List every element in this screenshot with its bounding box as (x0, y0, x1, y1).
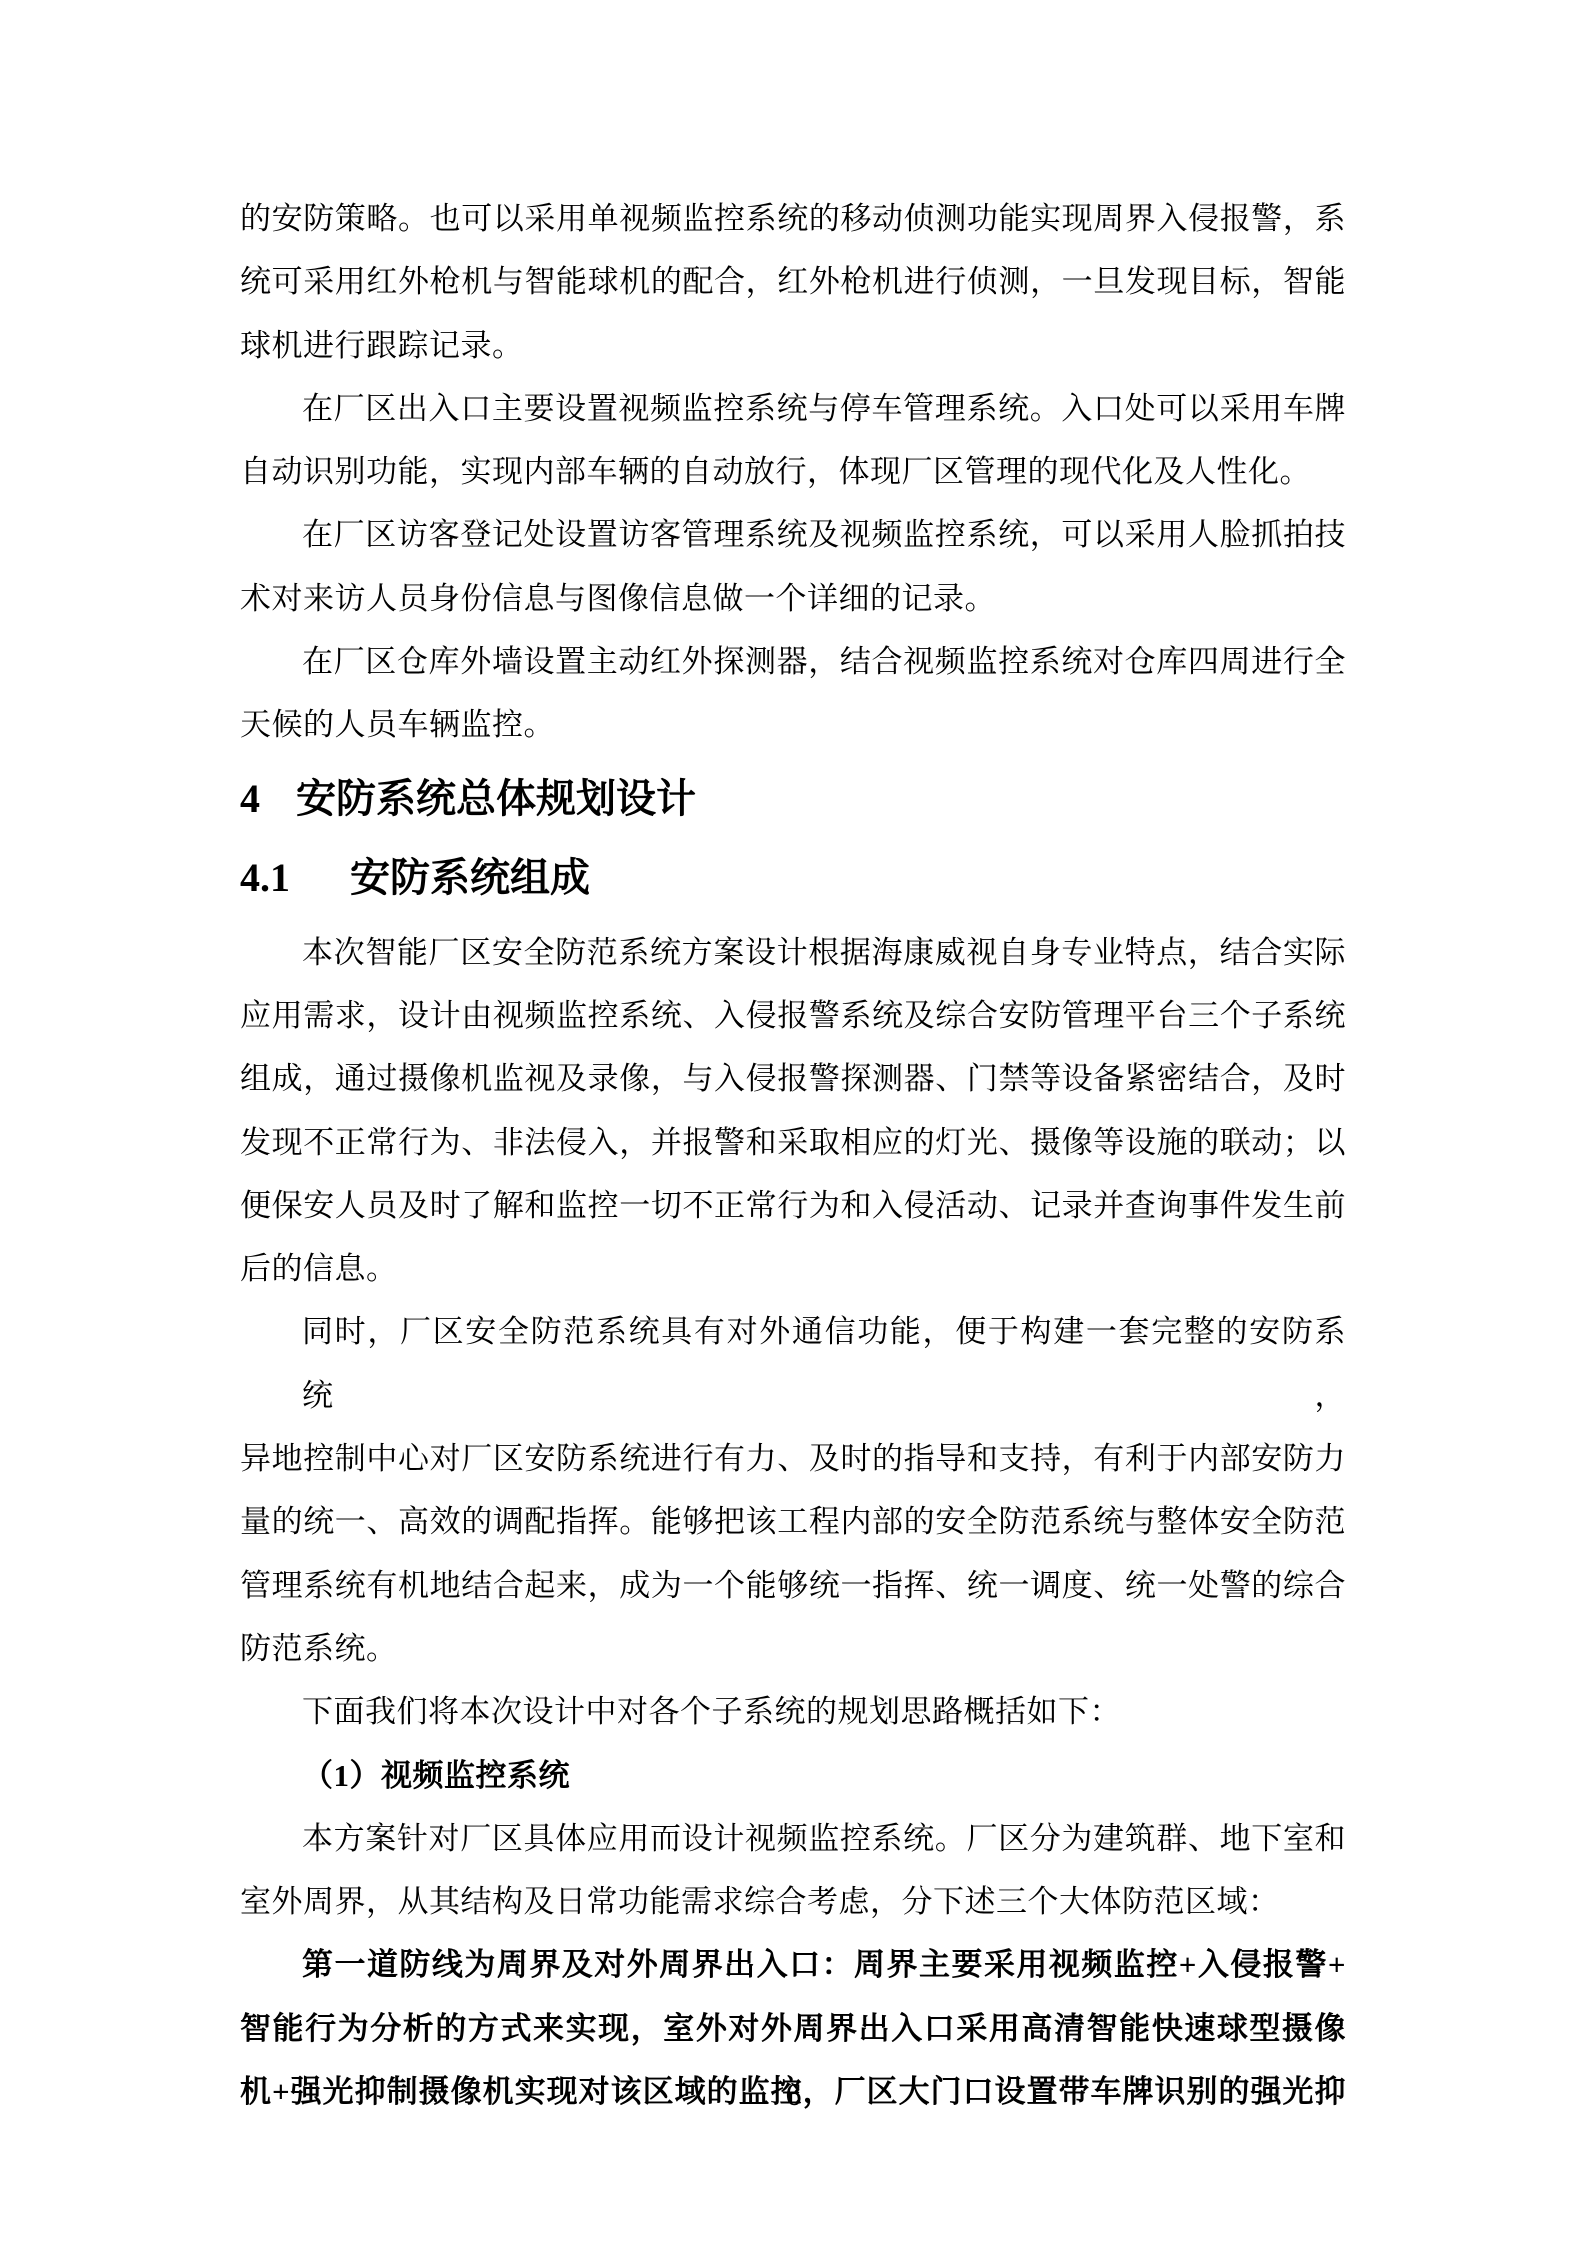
heading-text: 安防系统总体规划设计 (296, 776, 696, 821)
paragraph-line: 下面我们将本次设计中对各个子系统的规划思路概括如下： (240, 1680, 1346, 1743)
paragraph-line: 后的信息。 (240, 1237, 1346, 1300)
paragraph-line: 在厂区出入口主要设置视频监控系统与停车管理系统。入口处可以采用车牌 (240, 377, 1346, 440)
paragraph-line: 天候的人员车辆监控。 (240, 693, 1346, 756)
paragraph-line: 组成，通过摄像机监视及录像，与入侵报警探测器、门禁等设备紧密结合，及时 (240, 1047, 1346, 1110)
page-footer: 6 (0, 2076, 1587, 2112)
paragraph-line: 本次智能厂区安全防范系统方案设计根据海康威视自身专业特点，结合实际 (240, 921, 1346, 984)
subsection-heading: 4.1安防系统组成 (240, 846, 1346, 910)
paragraph-line: 智能行为分析的方式来实现，室外对外周界出入口采用高清智能快速球型摄像 (240, 1997, 1346, 2060)
paragraph-line: 术对来访人员身份信息与图像信息做一个详细的记录。 (240, 567, 1346, 630)
paragraph-line: 在厂区访客登记处设置访客管理系统及视频监控系统，可以采用人脸抓拍技 (240, 503, 1346, 566)
paragraph-line: 第一道防线为周界及对外周界出入口：周界主要采用视频监控+入侵报警+ (240, 1933, 1346, 1996)
paragraph-line: 球机进行跟踪记录。 (240, 314, 1346, 377)
paragraph-line: 本方案针对厂区具体应用而设计视频监控系统。厂区分为建筑群、地下室和 (240, 1807, 1346, 1870)
section-heading: 4安防系统总体规划设计 (240, 767, 1346, 831)
paragraph-line: 管理系统有机地结合起来，成为一个能够统一指挥、统一调度、统一处警的综合 (240, 1554, 1346, 1617)
paragraph-line: 便保安人员及时了解和监控一切不正常行为和入侵活动、记录并查询事件发生前 (240, 1174, 1346, 1237)
paragraph-line: 室外周界，从其结构及日常功能需求综合考虑，分下述三个大体防范区域： (240, 1870, 1346, 1933)
paragraph-line: 统可采用红外枪机与智能球机的配合，红外枪机进行侦测，一旦发现目标，智能 (240, 250, 1346, 313)
paragraph-line: 防范系统。 (240, 1617, 1346, 1680)
paragraph-line: 异地控制中心对厂区安防系统进行有力、及时的指导和支持，有利于内部安防力 (240, 1427, 1346, 1490)
paragraph-line: 在厂区仓库外墙设置主动红外探测器，结合视频监控系统对仓库四周进行全 (240, 630, 1346, 693)
paragraph-line: 自动识别功能，实现内部车辆的自动放行，体现厂区管理的现代化及人性化。 (240, 440, 1346, 503)
paragraph-line: 同时，厂区安全防范系统具有对外通信功能，便于构建一套完整的安防系统， (240, 1300, 1346, 1427)
paragraph-line: 的安防策略。也可以采用单视频监控系统的移动侦测功能实现周界入侵报警，系 (240, 187, 1346, 250)
heading-number: 4.1 (240, 846, 350, 910)
paragraph-line: 应用需求，设计由视频监控系统、入侵报警系统及综合安防管理平台三个子系统 (240, 984, 1346, 1047)
paragraph-line: 量的统一、高效的调配指挥。能够把该工程内部的安全防范系统与整体安全防范 (240, 1490, 1346, 1553)
page-number: 6 (786, 2076, 802, 2112)
document-page: 的安防策略。也可以采用单视频监控系统的移动侦测功能实现周界入侵报警，系统可采用红… (0, 0, 1587, 2245)
heading-number: 4 (240, 767, 296, 831)
heading-text: 安防系统组成 (350, 855, 590, 900)
document-body: 的安防策略。也可以采用单视频监控系统的移动侦测功能实现周界入侵报警，系统可采用红… (240, 187, 1346, 2123)
paragraph-line: （1）视频监控系统 (240, 1744, 1346, 1807)
paragraph-line: 发现不正常行为、非法侵入，并报警和采取相应的灯光、摄像等设施的联动；以 (240, 1111, 1346, 1174)
